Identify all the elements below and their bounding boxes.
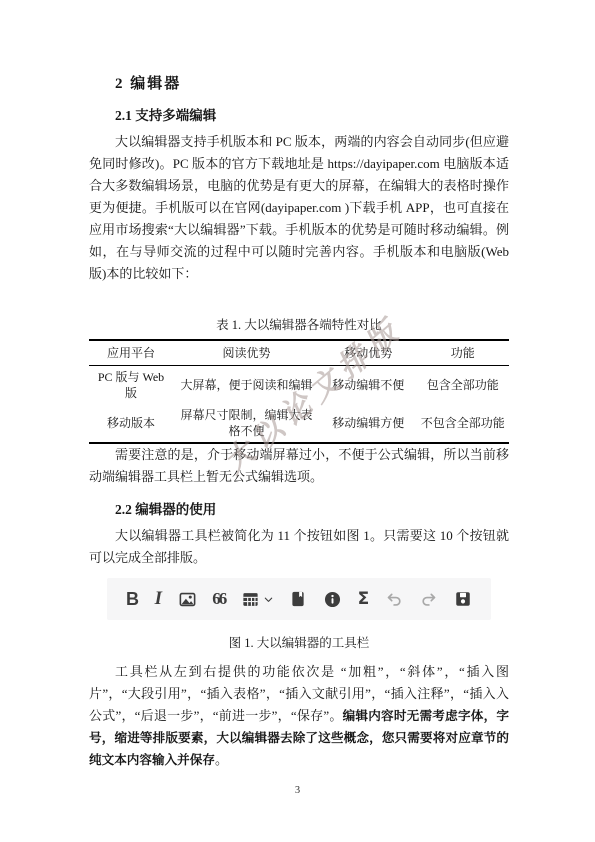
paragraph-toolbar-functions: 工具栏从左到右提供的功能依次是 “加粗”，“斜体”，“插入图片”，“大段引用”，… (89, 661, 509, 771)
toolbar-figure: B I 66 (107, 578, 491, 620)
cell-features: 包含全部功能 (417, 366, 509, 405)
page-number: 3 (0, 785, 595, 796)
cell-platform: PC 版与 Web 版 (89, 366, 173, 405)
figure-caption: 图 1. 大以编辑器的工具栏 (89, 633, 509, 651)
table-row: 移动版本 屏幕尺寸限制，编辑大表格不便 移动编辑方便 不包含全部功能 (89, 404, 509, 443)
bold-icon: B (126, 589, 139, 610)
cell-reading: 屏幕尺寸限制，编辑大表格不便 (173, 404, 320, 443)
insert-formula-icon: Σ (358, 589, 370, 609)
col-header-reading: 阅读优势 (173, 340, 320, 366)
chevron-down-icon (263, 594, 274, 605)
sentence-end: 。 (215, 752, 228, 767)
col-header-mobility: 移动优势 (320, 340, 417, 366)
col-header-features: 功能 (417, 340, 509, 366)
blockquote-icon: 66 (212, 589, 225, 609)
cell-platform: 移动版本 (89, 404, 173, 443)
table-row: PC 版与 Web 版 大屏幕，便于阅读和编辑 移动编辑不便 包含全部功能 (89, 366, 509, 405)
italic-icon: I (155, 588, 162, 610)
document-page: 大以论文排版 2 编辑器 2.1 支持多端编辑 大以编辑器支持手机版本和 PC … (0, 0, 595, 842)
subsection-heading-2-2: 2.2 编辑器的使用 (115, 498, 509, 518)
comparison-table: 应用平台 阅读优势 移动优势 功能 PC 版与 Web 版 大屏幕，便于阅读和编… (89, 339, 509, 444)
insert-note-info-icon (323, 590, 342, 609)
cell-mobility: 移动编辑方便 (320, 404, 417, 443)
save-icon (454, 590, 472, 608)
insert-citation-icon (289, 590, 307, 608)
table-caption: 表 1. 大以编辑器各端特性对比 (89, 315, 509, 333)
paragraph-multi-device: 大以编辑器支持手机版本和 PC 版本，两端的内容会自动同步(但应避免同时修改)。… (89, 131, 509, 285)
col-header-platform: 应用平台 (89, 340, 173, 366)
subsection-heading-2-1: 2.1 支持多端编辑 (115, 104, 509, 124)
cell-reading: 大屏幕，便于阅读和编辑 (173, 366, 320, 405)
insert-image-icon (178, 590, 197, 609)
section-heading: 2 编辑器 (115, 72, 509, 93)
redo-icon (419, 590, 438, 609)
insert-table-icon (241, 590, 274, 609)
paragraph-note: 需要注意的是，介于移动端屏幕过小，不便于公式编辑，所以当前移动端编辑器工具栏上暂… (89, 444, 509, 488)
cell-mobility: 移动编辑不便 (320, 366, 417, 405)
undo-icon (385, 590, 404, 609)
cell-features: 不包含全部功能 (417, 404, 509, 443)
table-header-row: 应用平台 阅读优势 移动优势 功能 (89, 340, 509, 366)
paragraph-usage: 大以编辑器工具栏被简化为 11 个按钮如图 1。只需要这 10 个按钮就可以完成… (89, 525, 509, 569)
